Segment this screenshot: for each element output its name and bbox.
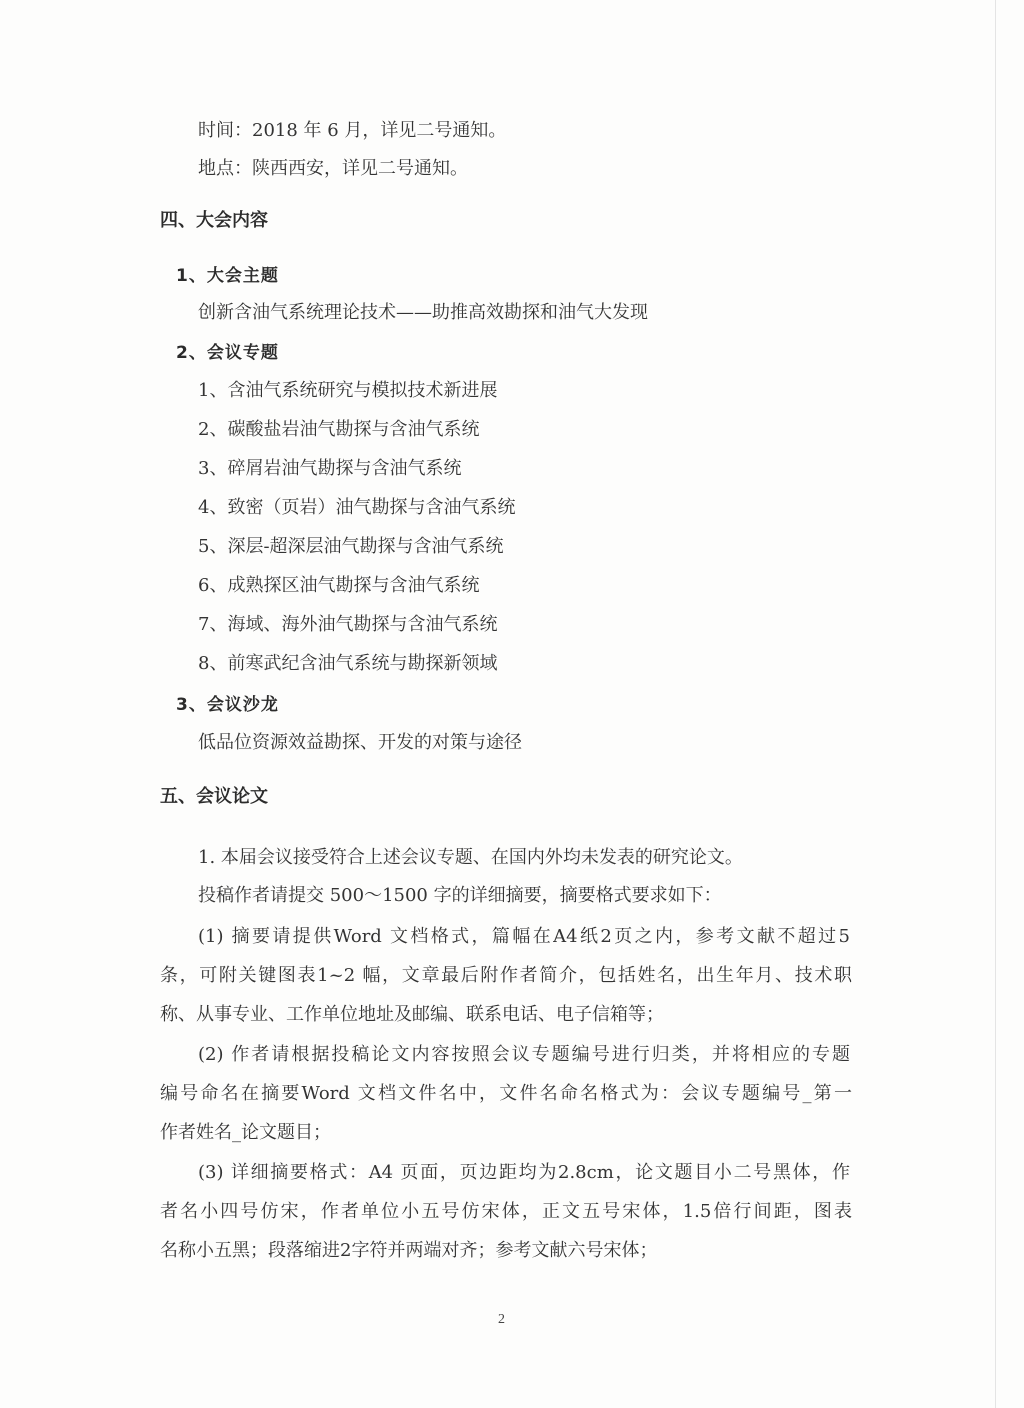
salon-text: 低品位资源效益勘探、开发的对策与途径 (198, 732, 522, 754)
topic-item: 8、前寒武纪含油气系统与勘探新领域 (198, 653, 497, 675)
theme-heading: 1、大会主题 (176, 265, 279, 287)
page-number: 2 (498, 1312, 505, 1328)
topic-item: 3、碎屑岩油气勘探与含油气系统 (198, 458, 461, 480)
topic-item: 2、碳酸盐岩油气勘探与含油气系统 (198, 419, 479, 441)
topic-item: 6、成熟探区油气勘探与含油气系统 (198, 575, 479, 597)
req3-line-1: (3) 详细摘要格式：A4 页面，页边距均为2.8cm，论文题目小二号黑体，作 (198, 1162, 850, 1184)
topic-item: 7、海域、海外油气勘探与含油气系统 (198, 614, 497, 636)
salon-heading: 3、会议沙龙 (176, 694, 279, 716)
req1-line-1: (1) 摘要请提供Word 文档格式，篇幅在A4纸2页之内，参考文献不超过5 (198, 926, 850, 948)
document-page: 时间：2018 年 6 月，详见二号通知。 地点：陕西西安，详见二号通知。 四、… (0, 0, 1024, 1408)
theme-text: 创新含油气系统理论技术——助推高效勘探和油气大发现 (198, 302, 648, 324)
papers-para-2: 投稿作者请提交 500～1500 字的详细摘要，摘要格式要求如下： (198, 885, 722, 907)
topics-heading: 2、会议专题 (176, 342, 279, 364)
req2-line-1: (2) 作者请根据投稿论文内容按照会议专题编号进行归类，并将相应的专题 (198, 1044, 850, 1066)
topic-item: 1、含油气系统研究与模拟技术新进展 (198, 380, 497, 402)
papers-para-1: 1. 本届会议接受符合上述会议专题、在国内外均未发表的研究论文。 (198, 847, 743, 869)
scan-edge-line (995, 0, 996, 1408)
topic-item: 4、致密（页岩）油气勘探与含油气系统 (198, 497, 515, 519)
meeting-place: 地点：陕西西安，详见二号通知。 (198, 158, 468, 180)
req3-line-2: 者名小四号仿宋，作者单位小五号仿宋体，正文五号宋体，1.5倍行间距，图表 (160, 1201, 852, 1223)
req2-line-3: 作者姓名_论文题目； (160, 1122, 331, 1144)
meeting-time: 时间：2018 年 6 月，详见二号通知。 (198, 120, 506, 142)
req3-line-3: 名称小五黑；段落缩进2字符并两端对齐；参考文献六号宋体； (160, 1240, 657, 1262)
req1-line-3: 称、从事专业、工作单位地址及邮编、联系电话、电子信箱等； (160, 1004, 664, 1026)
section-four-heading: 四、大会内容 (160, 210, 268, 232)
req1-line-2: 条，可附关键图表1~2 幅，文章最后附作者简介，包括姓名，出生年月、技术职 (160, 965, 852, 987)
section-five-heading: 五、会议论文 (160, 786, 268, 808)
req2-line-2: 编号命名在摘要Word 文档文件名中，文件名命名格式为：会议专题编号_第一 (160, 1083, 852, 1105)
topic-item: 5、深层-超深层油气勘探与含油气系统 (198, 536, 504, 558)
